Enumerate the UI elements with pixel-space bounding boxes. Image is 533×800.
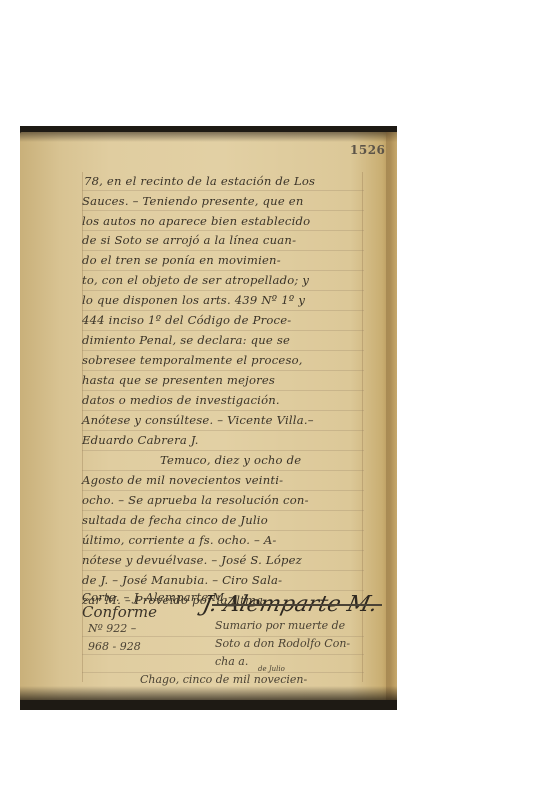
text-line: datos o medios de investigación. (82, 393, 280, 407)
ruled-line (82, 390, 364, 391)
footer-left-line-2: 968 - 928 (88, 640, 141, 653)
ruled-line (82, 350, 364, 351)
text-line: de J. – José Manubia. – Ciro Sala- (82, 573, 282, 587)
ruled-line (82, 330, 364, 331)
text-line: sultada de fecha cinco de Julio (82, 513, 268, 527)
ruled-line (82, 310, 364, 311)
ruled-line (82, 190, 364, 191)
text-line: dimiento Penal, se declara: que se (82, 333, 290, 347)
ruled-line (82, 210, 364, 211)
footer-bottom-line: Chago, cinco de mil novecien- (140, 673, 307, 686)
text-line: 78, en el recinto de la estación de Los (84, 174, 315, 188)
ruled-line (82, 450, 364, 451)
ruled-line (82, 410, 364, 411)
text-line: do el tren se ponía en movimien- (82, 253, 281, 267)
conforme-label: Conforme (82, 603, 157, 621)
ruled-line (82, 490, 364, 491)
ruled-line (82, 510, 364, 511)
text-line: Eduardo Cabrera J. (82, 433, 199, 447)
ruled-line (82, 370, 364, 371)
footer-right-line-1: Sumario por muerte de (215, 619, 345, 632)
footer-right-line-3: cha a. (215, 655, 248, 668)
footer-superscript: de Julio (258, 665, 285, 673)
ruled-line (82, 290, 364, 291)
footer-right-line-2: Soto a don Rodolfo Con- (215, 637, 350, 650)
ruled-line (82, 250, 364, 251)
ruled-line (82, 570, 364, 571)
ruled-line (82, 530, 364, 531)
ruled-line (82, 430, 364, 431)
signature-underline (212, 604, 382, 606)
text-line: sobresee temporalmente el proceso, (82, 353, 303, 367)
text-line: Agosto de mil novecientos veinti- (82, 473, 283, 487)
text-line: ocho. – Se aprueba la resolución con- (82, 493, 309, 507)
footer-left-line-1: Nº 922 – (88, 622, 136, 635)
text-line: to, con el objeto de ser atropellado; y (82, 273, 309, 287)
text-line: 444 inciso 1º del Código de Proce- (82, 313, 291, 327)
text-line: hasta que se presenten mejores (82, 373, 275, 387)
text-line: Anótese y consúltese. – Vicente Villa.– (82, 413, 314, 427)
ruled-line (82, 550, 364, 551)
ruled-line (82, 470, 364, 471)
page-number: 1526 (350, 143, 385, 157)
text-line: último, corriente a fs. ocho. – A- (82, 533, 277, 547)
text-line: de si Soto se arrojó a la línea cuan- (82, 233, 296, 247)
text-line: nótese y devuélvase. – José S. López (82, 553, 302, 567)
ruled-line (82, 230, 364, 231)
ruled-line (82, 270, 364, 271)
text-line: los autos no aparece bien establecido (82, 214, 310, 228)
page-edge-shadow (386, 132, 397, 700)
text-line: Sauces. – Teniendo presente, que en (82, 194, 304, 208)
text-line: Temuco, diez y ocho de (160, 453, 301, 467)
text-line: lo que disponen los arts. 439 Nº 1º y (82, 293, 305, 307)
